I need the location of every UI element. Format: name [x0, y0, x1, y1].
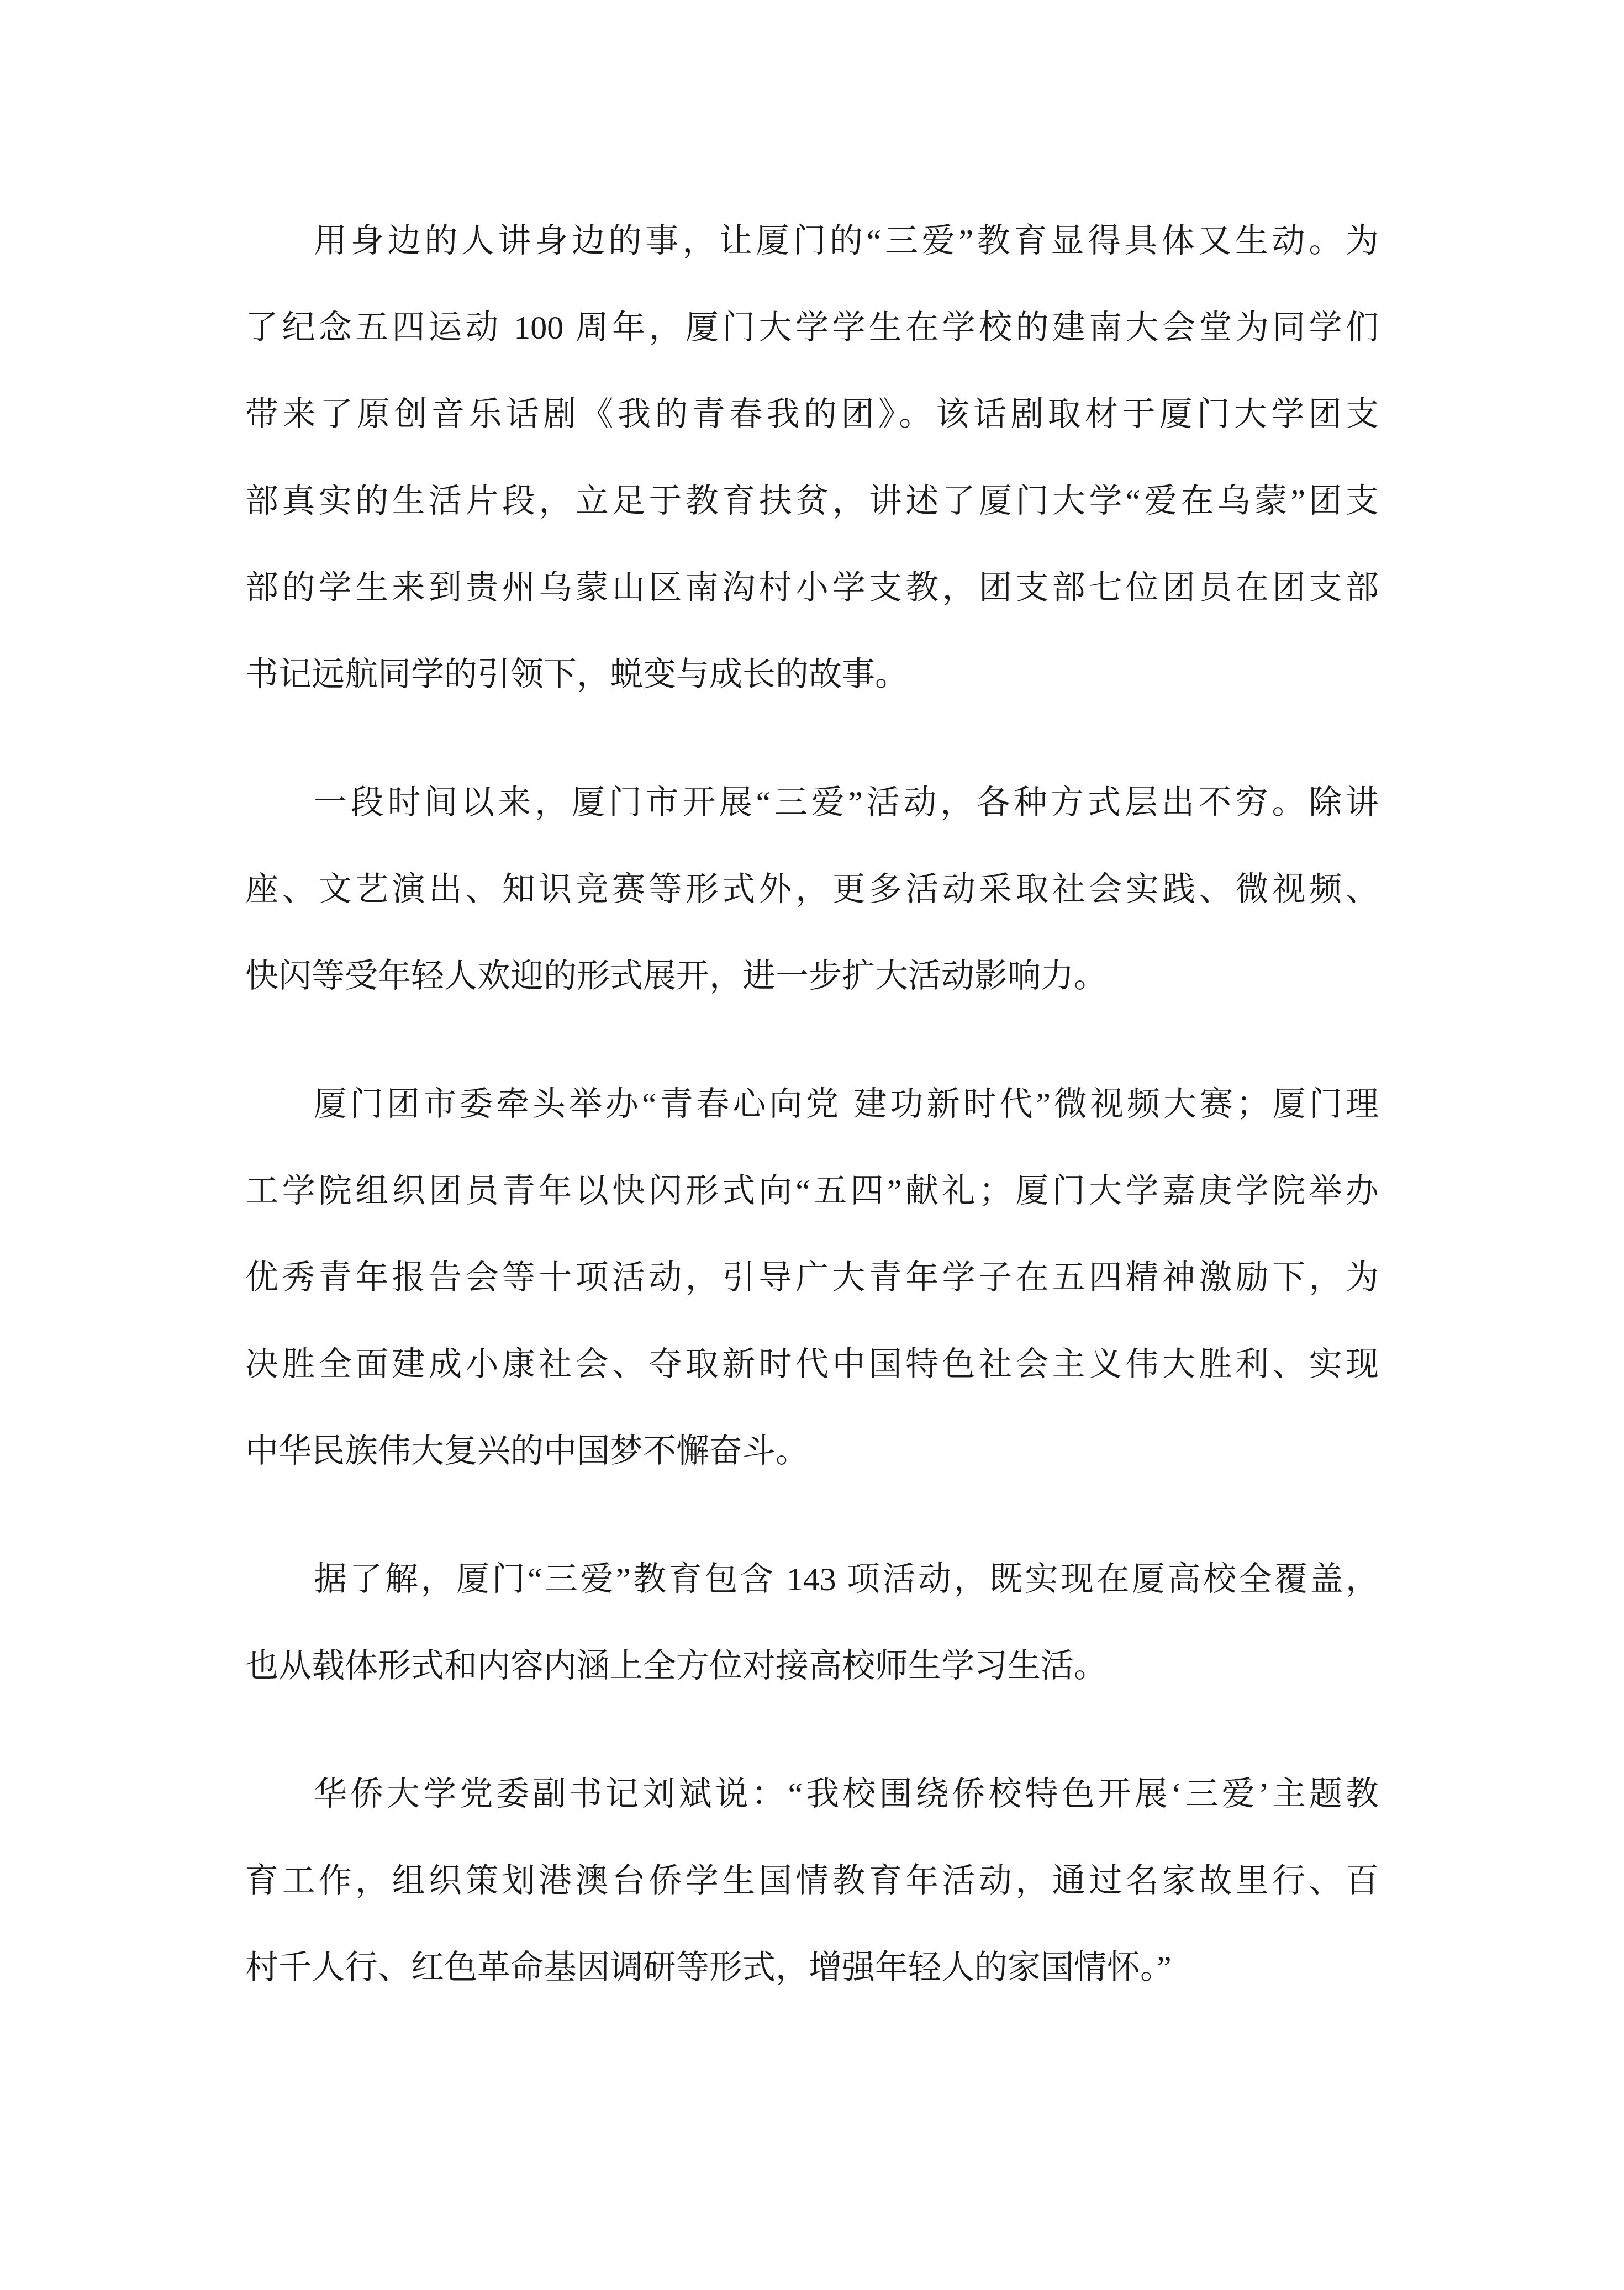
paragraph: 一段时间以来，厦门市开展“三爱”活动，各种方式层出不穷。除讲座、文艺演出、知识竞…	[245, 759, 1379, 1020]
text-line: 带来了原创音乐话剧《我的青春我的团》。该话剧取材于厦门大学团支	[245, 371, 1379, 458]
text-line: 中华民族伟大复兴的中国梦不懈奋斗。	[245, 1408, 1379, 1495]
text-line: 育工作，组织策划港澳台侨学生国情教育年活动，通过名家故里行、百	[245, 1838, 1379, 1924]
text-line: 华侨大学党委副书记刘斌说：“我校围绕侨校特色开展‘三爱’主题教	[245, 1751, 1379, 1838]
text-line: 了纪念五四运动 100 周年，厦门大学学生在学校的建南大会堂为同学们	[245, 284, 1379, 371]
text-line: 部真实的生活片段，立足于教育扶贫，讲述了厦门大学“爱在乌蒙”团支	[245, 458, 1379, 545]
text-line: 工学院组织团员青年以快闪形式向“五四”献礼；厦门大学嘉庚学院举办	[245, 1148, 1379, 1234]
text-line: 村千人行、红色革命基因调研等形式，增强年轻人的家国情怀。”	[245, 1924, 1379, 2011]
text-line: 部的学生来到贵州乌蒙山区南沟村小学支教，团支部七位团员在团支部	[245, 545, 1379, 631]
text-line: 座、文艺演出、知识竞赛等形式外，更多活动采取社会实践、微视频、	[245, 846, 1379, 933]
paragraph: 用身边的人讲身边的事，让厦门的“三爱”教育显得具体又生动。为了纪念五四运动 10…	[245, 198, 1379, 718]
text-line: 也从载体形式和内容内涵上全方位对接高校师生学习生活。	[245, 1623, 1379, 1709]
document-page: 用身边的人讲身边的事，让厦门的“三爱”教育显得具体又生动。为了纪念五四运动 10…	[0, 0, 1624, 2290]
paragraph: 厦门团市委牵头举办“青春心向党 建功新时代”微视频大赛；厦门理工学院组织团员青年…	[245, 1061, 1379, 1495]
paragraph: 华侨大学党委副书记刘斌说：“我校围绕侨校特色开展‘三爱’主题教育工作，组织策划港…	[245, 1751, 1379, 2011]
document-body: 用身边的人讲身边的事，让厦门的“三爱”教育显得具体又生动。为了纪念五四运动 10…	[245, 198, 1379, 2011]
text-line: 快闪等受年轻人欢迎的形式展开，进一步扩大活动影响力。	[245, 933, 1379, 1020]
text-line: 书记远航同学的引领下，蜕变与成长的故事。	[245, 631, 1379, 718]
text-line: 一段时间以来，厦门市开展“三爱”活动，各种方式层出不穷。除讲	[245, 759, 1379, 846]
text-line: 用身边的人讲身边的事，让厦门的“三爱”教育显得具体又生动。为	[245, 198, 1379, 284]
text-line: 据了解，厦门“三爱”教育包含 143 项活动，既实现在厦高校全覆盖，	[245, 1536, 1379, 1623]
paragraph: 据了解，厦门“三爱”教育包含 143 项活动，既实现在厦高校全覆盖，也从载体形式…	[245, 1536, 1379, 1709]
text-line: 决胜全面建成小康社会、夺取新时代中国特色社会主义伟大胜利、实现	[245, 1321, 1379, 1408]
text-line: 优秀青年报告会等十项活动，引导广大青年学子在五四精神激励下，为	[245, 1234, 1379, 1321]
text-line: 厦门团市委牵头举办“青春心向党 建功新时代”微视频大赛；厦门理	[245, 1061, 1379, 1148]
